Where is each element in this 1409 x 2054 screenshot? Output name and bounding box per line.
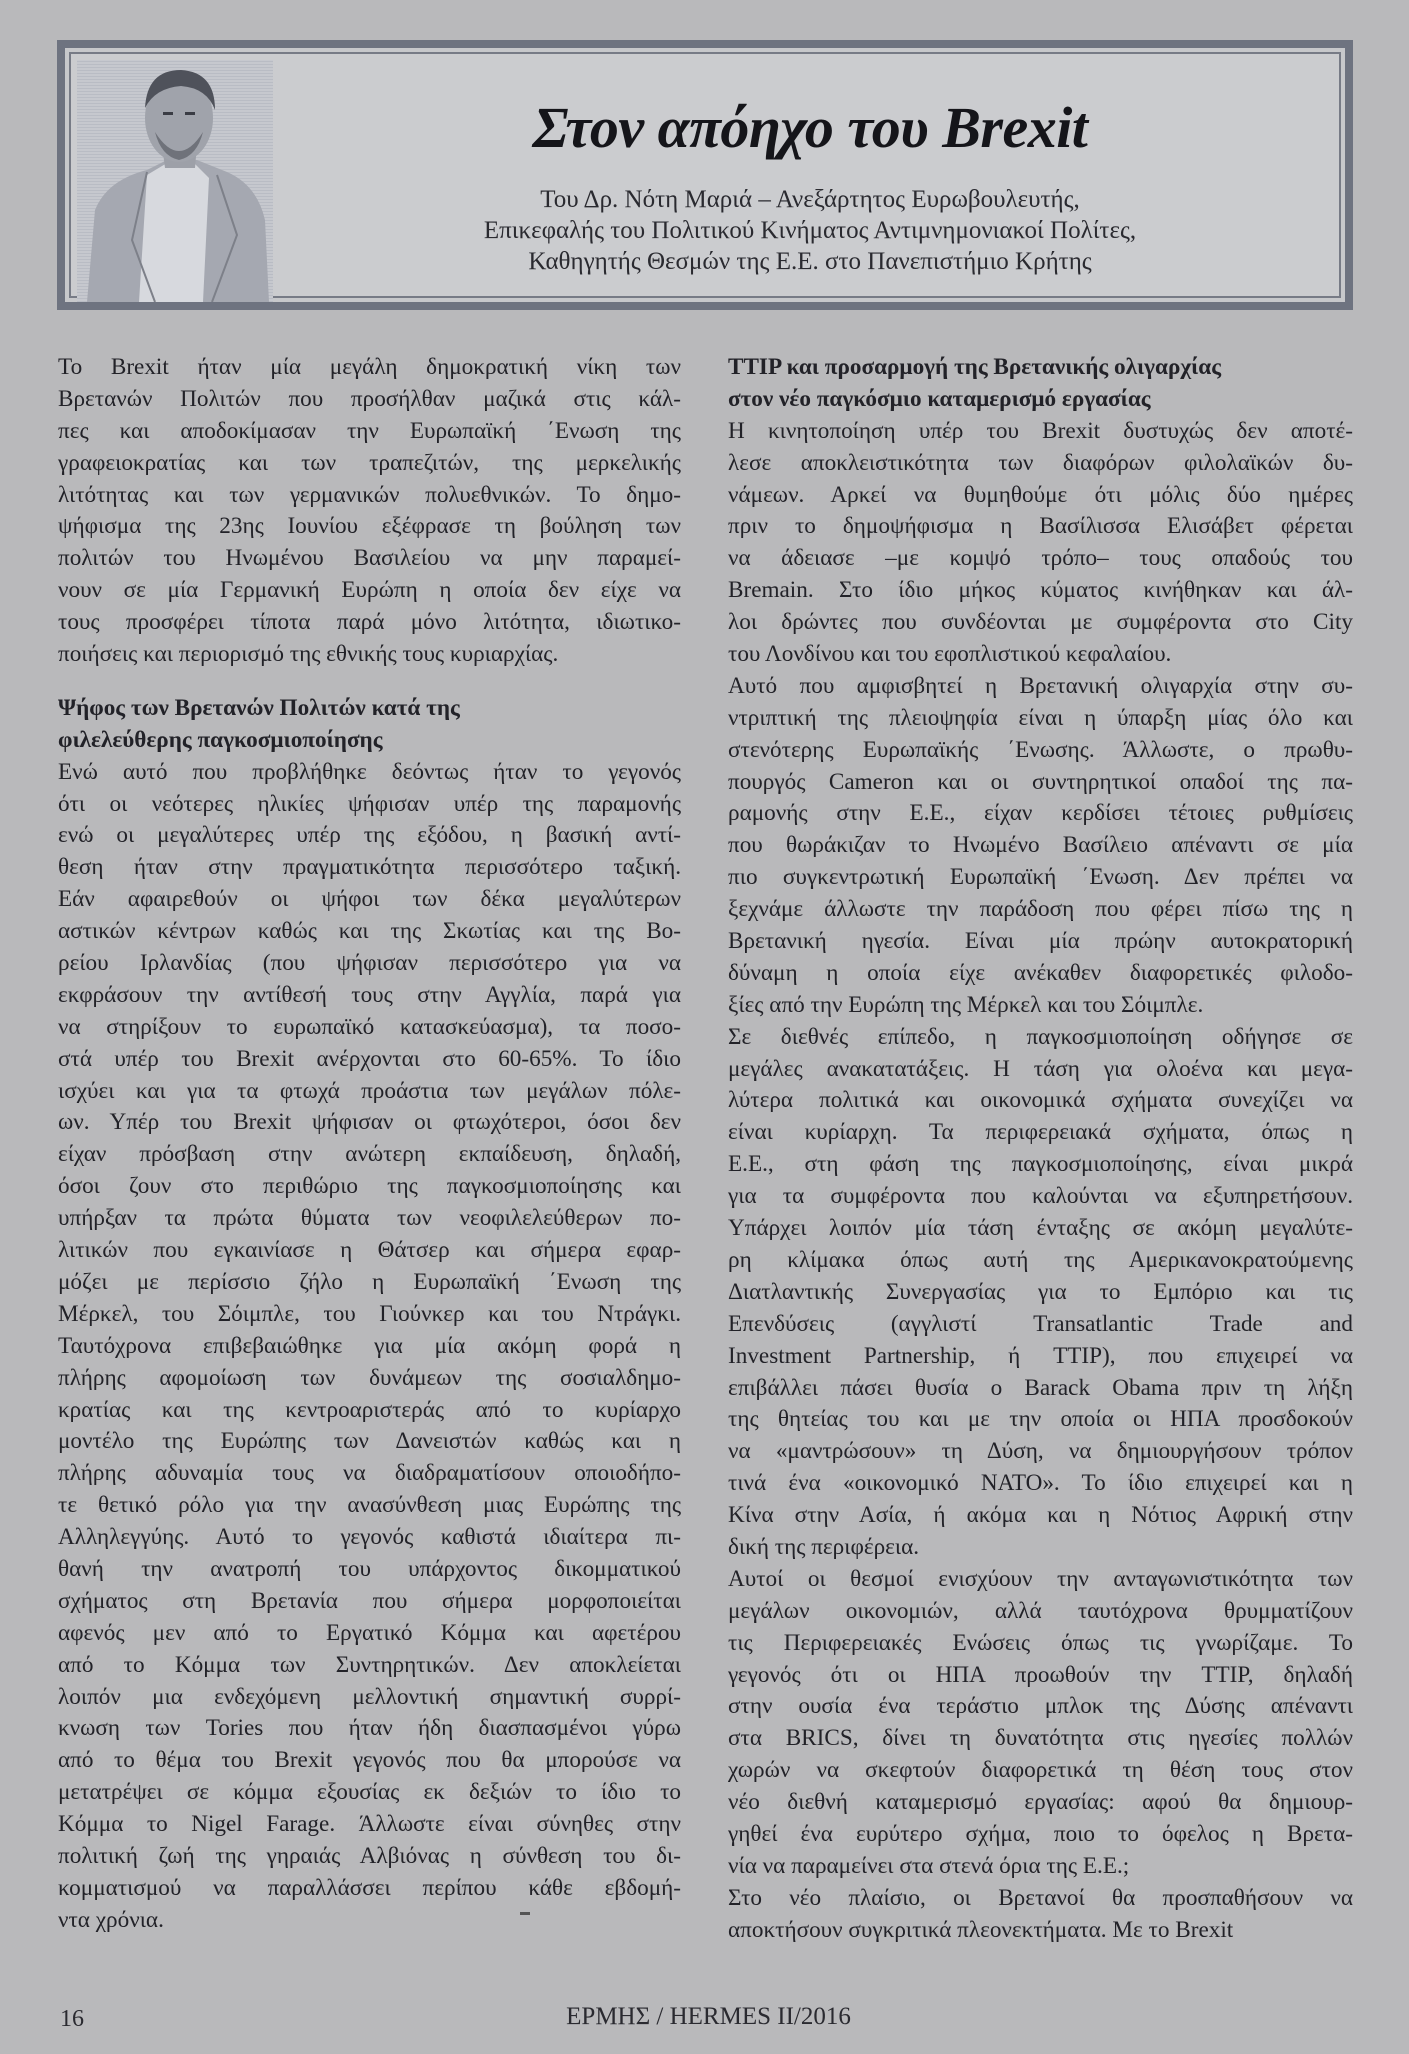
- text-line: Η κινητοποίηση υπέρ του Brexit δυστυχώς …: [728, 416, 1353, 448]
- text-line: πιο συγκεντρωτική Ευρωπαϊκή ΄Ενωση. Δεν …: [728, 862, 1353, 894]
- text-line: ων. Υπέρ του Brexit ψήφισαν οι φτωχότερο…: [58, 1107, 681, 1139]
- text-line: μεγάλων οικονομιών, αλλά ταυτόχρονα θρυμ…: [728, 1596, 1353, 1628]
- text-line: ξίες από την Ευρώπη της Μέρκελ και του Σ…: [728, 990, 1353, 1022]
- text-line: Μέρκελ, του Σόιμπλε, του Γιούνκερ και το…: [58, 1299, 681, 1331]
- text-line: πλήρης αδυναμία τους να διαδραματίσουν ο…: [58, 1458, 681, 1490]
- text-line: λιτικών που εγκαινίασε η Θάτσερ και σήμε…: [58, 1235, 681, 1267]
- text-line: ψήφισμα της 23ης Ιουνίου εξέφρασε τη βού…: [58, 511, 681, 543]
- text-line: στον νέο παγκόσμιο καταμερισμό εργασίας: [728, 384, 1353, 416]
- text-line: νουν σε μία Γερμανική Ευρώπη η οποία δεν…: [58, 575, 681, 607]
- text-line: ντα χρόνια.: [58, 1905, 681, 1937]
- text-line: Βρετανών Πολιτών που προσήλθαν μαζικά στ…: [58, 384, 681, 416]
- text-line: Υπάρχει λοιπόν μία τάση ένταξης σε ακόμη…: [728, 1213, 1353, 1245]
- text-line: ντριπτική της πλειοψηφία είναι η ύπαρξη …: [728, 703, 1353, 735]
- text-line: να στηρίξουν το ευρωπαϊκό κατασκεύασμα),…: [58, 1012, 681, 1044]
- publication-footer: ΕΡΜΗΣ / HERMES II/2016: [0, 2003, 1409, 2031]
- body-text-left: Ενώ αυτό που προβλήθηκε δεόντως ήταν το …: [58, 757, 681, 1937]
- byline-line: Επικεφαλής του Πολιτικού Κινήματος Αντιμ…: [281, 215, 1339, 246]
- text-line: κομματισμού να παραλλάσσει περίπου κάθε …: [58, 1873, 681, 1905]
- text-line: Επενδύσεις (αγγλιστί Transatlantic Trade…: [728, 1309, 1353, 1341]
- text-line: Διατλαντικής Συνεργασίας για το Εμπόριο …: [728, 1277, 1353, 1309]
- text-line: Αυτό που αμφισβητεί η Βρετανική ολιγαρχί…: [728, 671, 1353, 703]
- text-line: γηθεί ένα ευρύτερο σχήμα, ποιο το όφελος…: [728, 1819, 1353, 1851]
- text-line: Ε.Ε., στη φάση της παγκοσμιοποίησης, είν…: [728, 1149, 1353, 1181]
- text-line: να «μαντρώσουν» τη Δύση, να δημιουργήσου…: [728, 1436, 1353, 1468]
- article-header-inner-frame: Στον απόηχο του Brexit Του Δρ. Νότη Μαρι…: [69, 52, 1341, 298]
- text-line: επιβάλλει πάσει θυσία ο Barack Obama πρι…: [728, 1373, 1353, 1405]
- text-line: Το Brexit ήταν μία μεγάλη δημοκρατική νί…: [58, 352, 681, 384]
- text-line: Βρετανική ηγεσία. Είναι μία πρώην αυτοκρ…: [728, 926, 1353, 958]
- text-line: λεσε αποκλειστικότητα των διαφόρων φιλολ…: [728, 448, 1353, 480]
- text-line: λοι δρώντες που συνδέονται με συμφέροντα…: [728, 607, 1353, 639]
- text-line: πουργός Cameron και οι συντηρητικοί οπαδ…: [728, 767, 1353, 799]
- text-line: ποιήσεις και περιορισμό της εθνικής τους…: [58, 639, 681, 671]
- text-line: μόζει με περίσσιο ζήλο η Ευρωπαϊκή ΄Ενωσ…: [58, 1267, 681, 1299]
- text-line: λοιπόν μια ενδεχόμενη μελλοντική σημαντι…: [58, 1682, 681, 1714]
- text-line: Στο νέο πλαίσιο, οι Βρετανοί θα προσπαθή…: [728, 1883, 1353, 1915]
- text-line: TTIP και προσαρμογή της Βρετανικής ολιγα…: [728, 352, 1353, 384]
- text-line: γεγονός ότι οι ΗΠΑ προωθούν την TTIP, δη…: [728, 1660, 1353, 1692]
- section-heading-right: TTIP και προσαρμογή της Βρετανικής ολιγα…: [728, 352, 1353, 416]
- text-line: γραφειοκρατίας και των τραπεζιτών, της μ…: [58, 448, 681, 480]
- text-line: από το Κόμμα των Συντηρητικών. Δεν αποκλ…: [58, 1650, 681, 1682]
- text-line: όσοι ζουν στο περιθώριο της παγκοσμιοποί…: [58, 1171, 681, 1203]
- text-line: λιτότητας και των γερμανικών πολυεθνικών…: [58, 480, 681, 512]
- text-line: ραμονής στην Ε.Ε., είχαν κερδίσει τέτοιε…: [728, 798, 1353, 830]
- text-line: ρη κλίμακα όπως αυτή της Αμερικανοκρατού…: [728, 1245, 1353, 1277]
- stray-mark: [520, 1912, 530, 1915]
- text-line: νάμεων. Αρκεί να θυμηθούμε ότι μόλις δύο…: [728, 480, 1353, 512]
- text-line: νέο διεθνή καταμερισμό εργασίας: αφού θα…: [728, 1787, 1353, 1819]
- text-line: ισχύει και για τα φτωχά προάστια των μεγ…: [58, 1076, 681, 1108]
- text-line: κνωση των Tories που ήταν ήδη διασπασμέν…: [58, 1713, 681, 1745]
- text-line: πες και αποδοκίμασαν την Ευρωπαϊκή ΄Ενωσ…: [58, 416, 681, 448]
- text-line: πριν το δημοψήφισμα η Βασίλισσα Ελισάβετ…: [728, 511, 1353, 543]
- article-header-box: Στον απόηχο του Brexit Του Δρ. Νότη Μαρι…: [57, 40, 1353, 310]
- article-title: Στον απόηχο του Brexit: [281, 94, 1339, 161]
- text-line: νία να παραμείνει στα στενά όρια της Ε.Ε…: [728, 1851, 1353, 1883]
- text-line: να άδειασε –με κομψό τρόπο– τους οπαδούς…: [728, 543, 1353, 575]
- text-line: Ενώ αυτό που προβλήθηκε δεόντως ήταν το …: [58, 757, 681, 789]
- text-line: Ψήφος των Βρετανών Πολιτών κατά της: [58, 693, 681, 725]
- text-line: για τα συμφέροντα που καλούνται να εξυπη…: [728, 1181, 1353, 1213]
- text-line: Εάν αφαιρεθούν οι ψήφοι των δέκα μεγαλύτ…: [58, 884, 681, 916]
- left-column: Το Brexit ήταν μία μεγάλη δημοκρατική νί…: [58, 352, 681, 1937]
- text-line: από το θέμα του Brexit γεγονός που θα μπ…: [58, 1745, 681, 1777]
- byline-line: Του Δρ. Νότη Μαριά – Ανεξάρτητος Ευρωβου…: [281, 184, 1339, 215]
- text-line: τις Περιφερειακές Ενώσεις όπως τις γνωρί…: [728, 1628, 1353, 1660]
- text-line: λύτερα πολιτικά και οικονομικά σχήματα σ…: [728, 1085, 1353, 1117]
- text-line: ότι οι νεότερες ηλικίες ψήφισαν υπέρ της…: [58, 789, 681, 821]
- text-line: αφενός μεν από το Εργατικό Κόμμα και αφε…: [58, 1618, 681, 1650]
- text-line: τους προσφέρει τίποτα παρά μόνο λιτότητα…: [58, 607, 681, 639]
- text-line: Bremain. Στο ίδιο μήκος κύματος κινήθηκα…: [728, 575, 1353, 607]
- author-byline: Του Δρ. Νότη Μαριά – Ανεξάρτητος Ευρωβου…: [281, 184, 1339, 277]
- text-line: στα BRICS, δίνει τη δυνατότητα στις ηγεσ…: [728, 1723, 1353, 1755]
- text-line: Ταυτόχρονα επιβεβαιώθηκε για μία ακόμη φ…: [58, 1331, 681, 1363]
- author-portrait-icon: [77, 60, 273, 302]
- text-line: ξεχνάμε άλλωστε την παράδοση που φέρει π…: [728, 894, 1353, 926]
- text-line: δύναμη η οποία είχε ανέκαθεν διαφορετικέ…: [728, 958, 1353, 990]
- text-line: στά υπέρ του Brexit ανέρχονται στο 60-65…: [58, 1044, 681, 1076]
- author-photo: [77, 60, 273, 302]
- text-line: τε θετικό ρόλο για την ανασύνθεση μιας Ε…: [58, 1490, 681, 1522]
- text-line: μοντέλο της Ευρώπης των Δανειστών καθώς …: [58, 1426, 681, 1458]
- text-line: αποκτήσουν συγκριτικά πλεονεκτήματα. Με …: [728, 1915, 1353, 1947]
- text-line: υπήρξαν τα πρώτα θύματα των νεοφιλελεύθε…: [58, 1203, 681, 1235]
- text-line: θανή την ανατροπή του υπάρχοντος δικομμα…: [58, 1554, 681, 1586]
- text-line: τινά ένα «οικονομικό ΝΑΤΟ». Το ίδιο επιχ…: [728, 1468, 1353, 1500]
- text-line: Σε διεθνές επίπεδο, η παγκοσμιοποίηση οδ…: [728, 1022, 1353, 1054]
- text-line: Αυτοί οι θεσμοί ενισχύουν την ανταγωνιστ…: [728, 1564, 1353, 1596]
- text-line: είναι κυρίαρχη. Τα περιφερειακά σχήματα,…: [728, 1117, 1353, 1149]
- text-line: θεση ήταν στην πραγματικότητα περισσότερ…: [58, 852, 681, 884]
- text-line: χωρών να σκεφτούν διαφορετικά τη θέση το…: [728, 1755, 1353, 1787]
- text-line: στην ουσία ένα τεράστιο μπλοκ της Δύσης …: [728, 1691, 1353, 1723]
- text-line: πολιτική ζωή της γηραιάς Αλβιόνας η σύνθ…: [58, 1841, 681, 1873]
- text-line: φιλελεύθερης παγκοσμιοποίησης: [58, 725, 681, 757]
- text-line: μετατρέψει σε κόμμα εξουσίας εκ δεξιών τ…: [58, 1777, 681, 1809]
- text-line: που θωράκιζαν το Ηνωμένο Βασίλειο απέναν…: [728, 830, 1353, 862]
- text-line: στενότερης Ευρωπαϊκής ΄Ενωσης. Άλλωστε, …: [728, 735, 1353, 767]
- text-line: ρείου Ιρλανδίας (που ψήφισαν περισσότερο…: [58, 948, 681, 980]
- text-line: Investment Partnership, ή TTIP), που επι…: [728, 1341, 1353, 1373]
- text-line: Κόμμα το Nigel Farage. Άλλωστε είναι σύν…: [58, 1809, 681, 1841]
- text-line: σχήματος στη Βρετανία που σήμερα μορφοπο…: [58, 1586, 681, 1618]
- text-line: ενώ οι μεγαλύτερες υπέρ της εξόδου, η βα…: [58, 820, 681, 852]
- text-line: πολιτών του Ηνωμένου Βασιλείου να μην πα…: [58, 543, 681, 575]
- text-line: εκφράσουν την αντίθεσή τους στην Αγγλία,…: [58, 980, 681, 1012]
- text-line: είχαν πρόσβαση στην ανώτερη εκπαίδευση, …: [58, 1139, 681, 1171]
- text-line: κρατίας και της κεντροαριστεράς από το κ…: [58, 1395, 681, 1427]
- intro-paragraph: Το Brexit ήταν μία μεγάλη δημοκρατική νί…: [58, 352, 681, 671]
- text-line: του Λονδίνου και του εφοπλιστικού κεφαλα…: [728, 639, 1353, 671]
- text-line: της θητείας του και με την οποία οι ΗΠΑ …: [728, 1404, 1353, 1436]
- text-line: Κίνα στην Ασία, ή ακόμα και η Νότιος Αφρ…: [728, 1500, 1353, 1532]
- text-line: Αλληλεγγύης. Αυτό το γεγονός καθιστά ιδι…: [58, 1522, 681, 1554]
- right-column: TTIP και προσαρμογή της Βρετανικής ολιγα…: [728, 352, 1353, 1947]
- text-line: πλήρης αφομοίωση των δυνάμεων της σοσιαλ…: [58, 1363, 681, 1395]
- text-line: αστικών κέντρων καθώς και της Σκωτίας κα…: [58, 916, 681, 948]
- text-line: δική της περιφέρεια.: [728, 1532, 1353, 1564]
- section-heading-left: Ψήφος των Βρετανών Πολιτών κατά τηςφιλελ…: [58, 693, 681, 757]
- text-line: μεγάλες ανακατατάξεις. Η τάση για ολοένα…: [728, 1054, 1353, 1086]
- body-text-right: Η κινητοποίηση υπέρ του Brexit δυστυχώς …: [728, 416, 1353, 1947]
- byline-line: Καθηγητής Θεσμών της Ε.Ε. στο Πανεπιστήμ…: [281, 246, 1339, 277]
